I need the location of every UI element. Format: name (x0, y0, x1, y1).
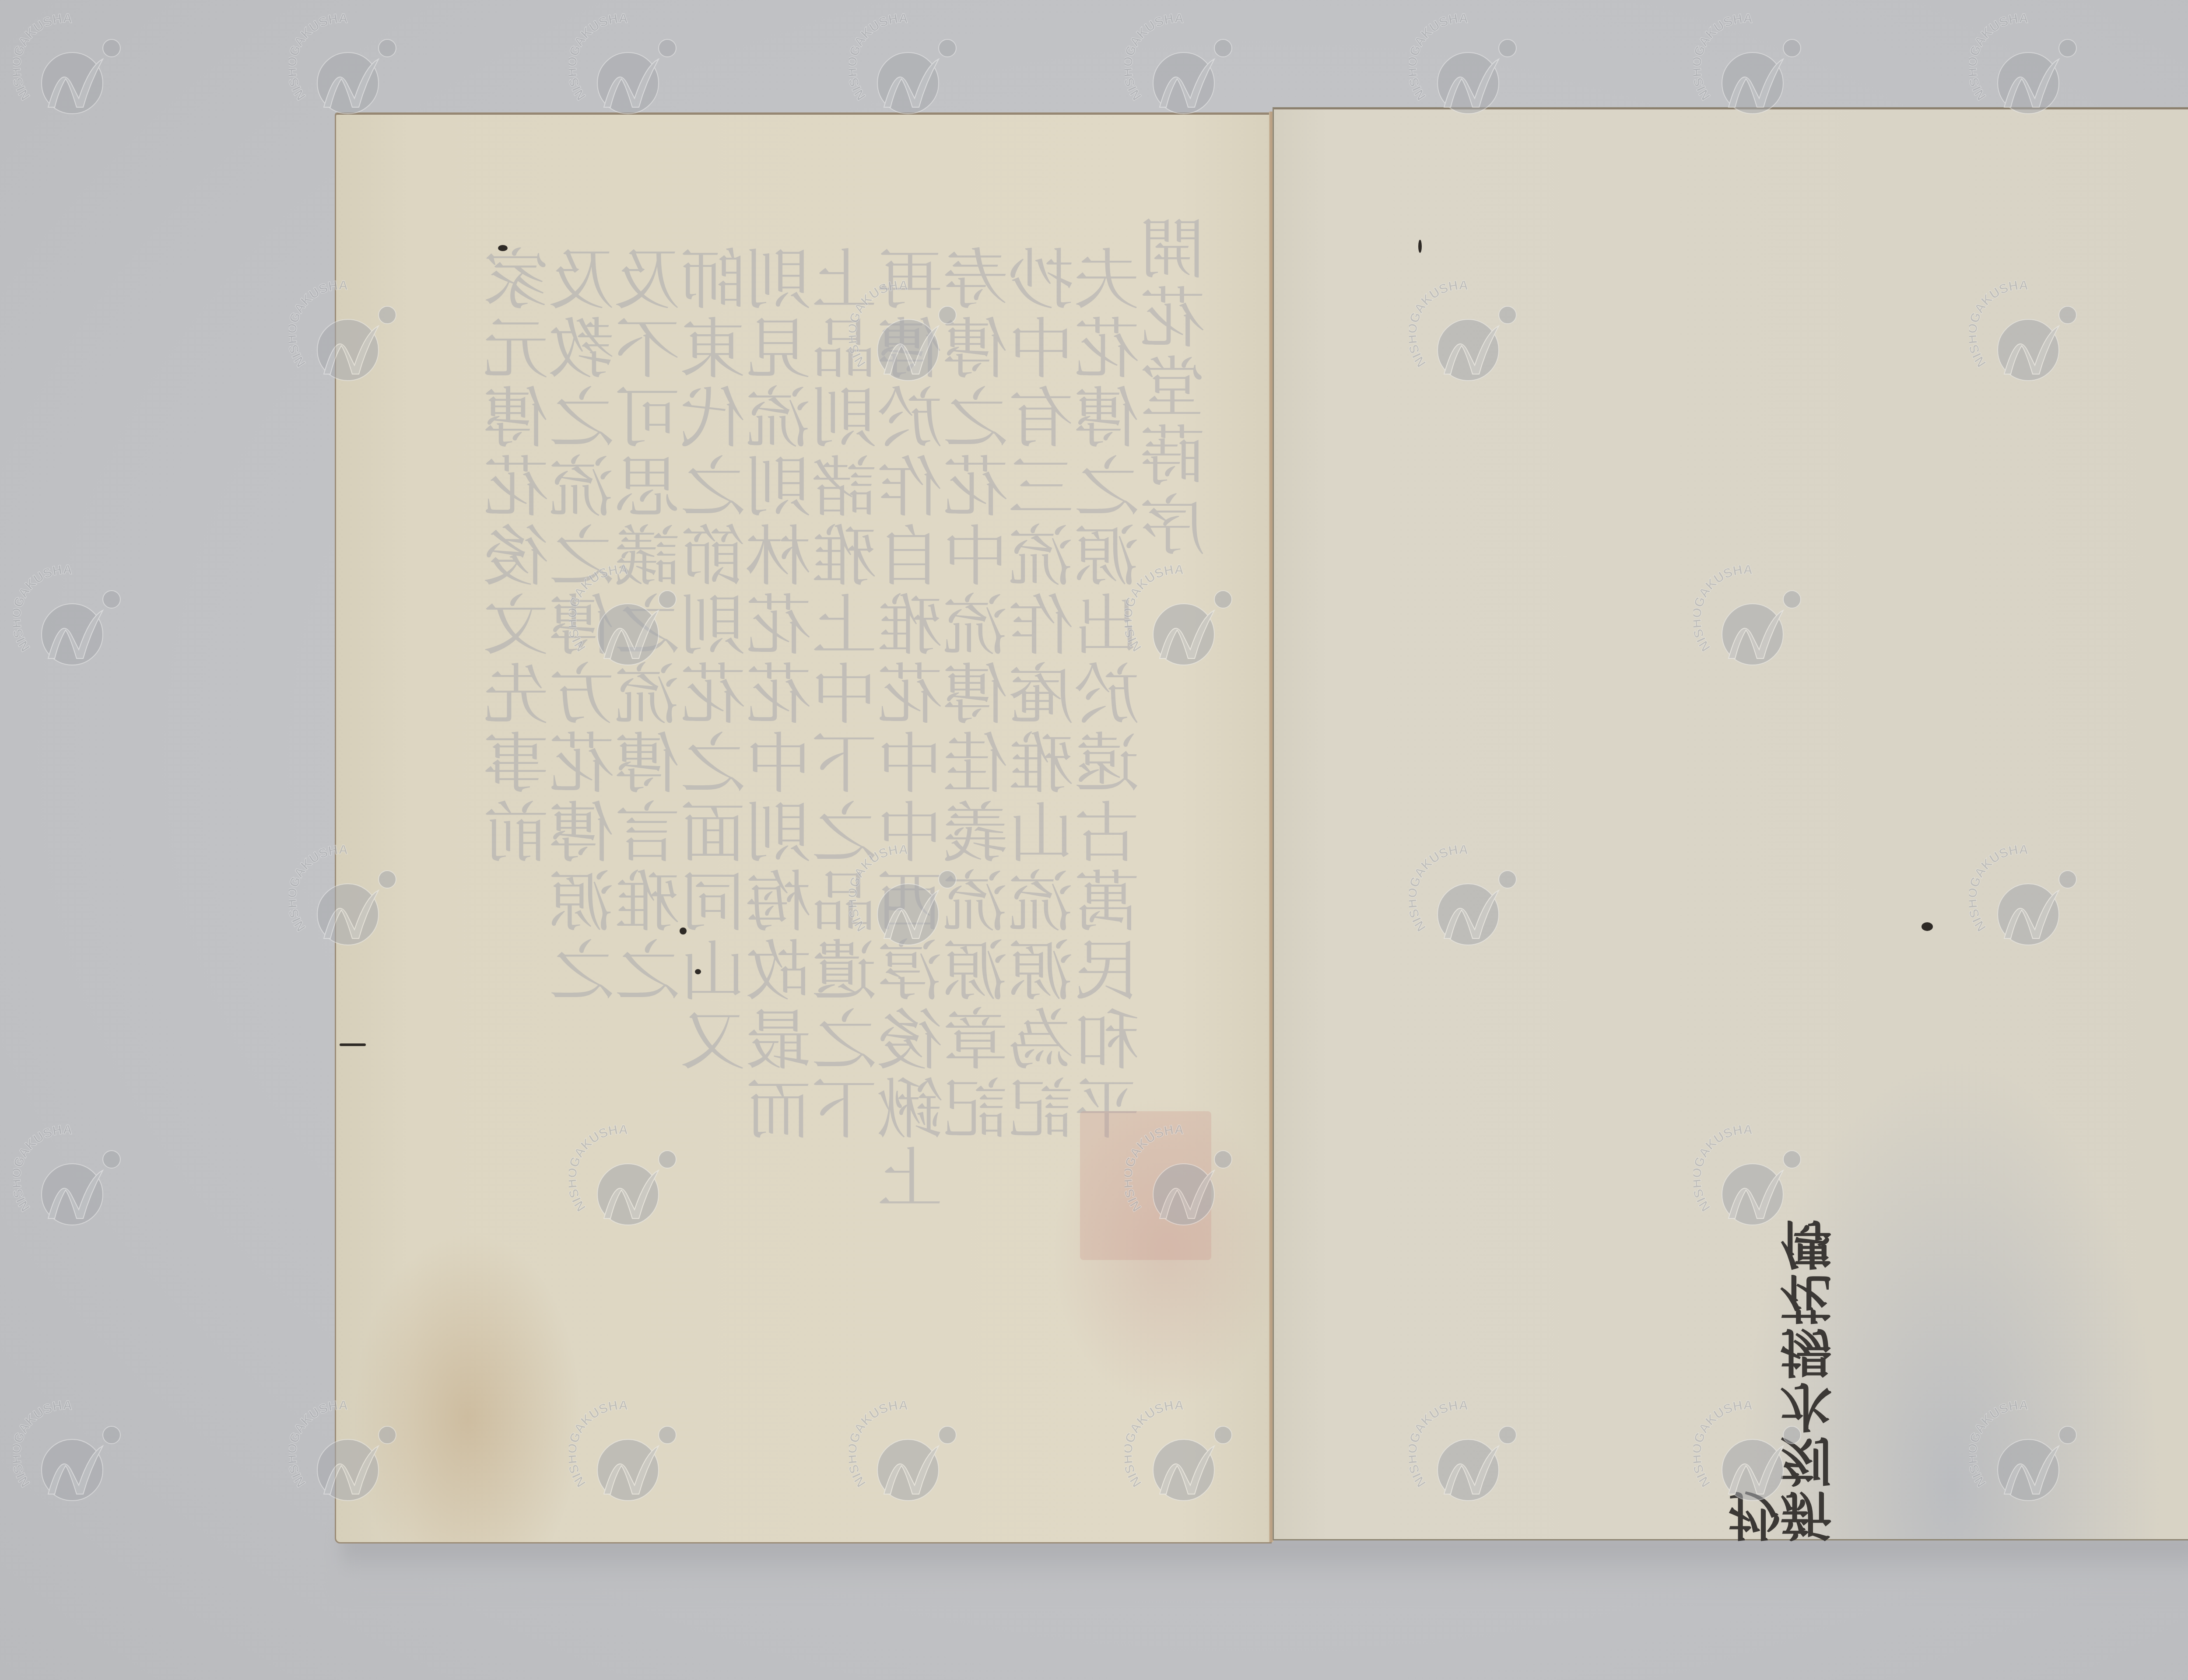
book-shadow (341, 1536, 2188, 1592)
nishogakusha-logo-icon: NISHOGAKUSHA (569, 13, 678, 122)
watermark-logo: NISHOGAKUSHA (1694, 13, 1803, 122)
nishogakusha-logo-icon: NISHOGAKUSHA (1694, 1400, 1803, 1509)
ink-speck (1922, 922, 1933, 931)
nishogakusha-logo-icon: NISHOGAKUSHA (289, 280, 398, 389)
bleed-text-column: 家元傳花後文先事前 (489, 245, 555, 867)
nishogakusha-logo-icon: NISHOGAKUSHA (1125, 1124, 1234, 1234)
watermark-logo: NISHOGAKUSHA (13, 1124, 123, 1234)
nishogakusha-logo-icon: NISHOGAKUSHA (1409, 1400, 1518, 1509)
nishogakusha-logo-icon: NISHOGAKUSHA (1125, 564, 1234, 674)
watermark-logo: NISHOGAKUSHA (13, 13, 123, 122)
watermark-logo: NISHOGAKUSHA (849, 13, 958, 122)
watermark-logo: NISHOGAKUSHA (849, 1400, 958, 1509)
bleed-text-column: 夫花傳之源出於遠古萬民和平 (1080, 245, 1146, 1144)
watermark-logo: NISHOGAKUSHA (1969, 1400, 2079, 1509)
watermark-logo: NISHOGAKUSHA (1694, 1124, 1803, 1234)
nishogakusha-logo-icon: NISHOGAKUSHA (1694, 1124, 1803, 1234)
watermark-logo: NISHOGAKUSHA (849, 844, 958, 954)
watermark-logo: NISHOGAKUSHA (849, 280, 958, 389)
nishogakusha-logo-icon: NISHOGAKUSHA (289, 844, 398, 954)
watermark-logo: NISHOGAKUSHA (569, 1124, 678, 1234)
nishogakusha-logo-icon: NISHOGAKUSHA (849, 280, 958, 389)
watermark-logo: NISHOGAKUSHA (1409, 1400, 1518, 1509)
ink-speck (498, 245, 508, 251)
left-page: 開花堂蒔序夫花傳之源出於遠古萬民和平抄中有三流作庵雅山流源為記寿傳之花中流傳佳義… (335, 112, 1272, 1543)
watermark-logo: NISHOGAKUSHA (1125, 13, 1234, 122)
nishogakusha-logo-icon: NISHOGAKUSHA (289, 13, 398, 122)
ink-speck (340, 1043, 366, 1046)
nishogakusha-logo-icon: NISHOGAKUSHA (1694, 13, 1803, 122)
watermark-logo: NISHOGAKUSHA (1694, 564, 1803, 674)
watermark-logo: NISHOGAKUSHA (569, 13, 678, 122)
bleed-text-column: 師東代之節則花之面同山又 (686, 245, 752, 1074)
watermark-logo: NISHOGAKUSHA (1969, 844, 2079, 954)
ink-speck (695, 969, 701, 974)
nishogakusha-logo-icon: NISHOGAKUSHA (1694, 564, 1803, 674)
bleed-text-column: 再傳於作自雅花中中西淳後鍬上 (883, 245, 949, 1213)
nishogakusha-logo-icon: NISHOGAKUSHA (1409, 13, 1518, 122)
ink-speck (1418, 240, 1422, 253)
watermark-logo: NISHOGAKUSHA (1409, 844, 1518, 954)
nishogakusha-logo-icon: NISHOGAKUSHA (1125, 13, 1234, 122)
bleed-text-column: 開花堂蒔序 (1146, 214, 1211, 560)
nishogakusha-logo-icon: NISHOGAKUSHA (569, 564, 678, 674)
watermark-logo: NISHOGAKUSHA (1125, 1400, 1234, 1509)
watermark-logo: NISHOGAKUSHA (1969, 280, 2079, 389)
nishogakusha-logo-icon: NISHOGAKUSHA (13, 564, 123, 674)
watermark-logo: NISHOGAKUSHA (1409, 280, 1518, 389)
nishogakusha-logo-icon: NISHOGAKUSHA (849, 1400, 958, 1509)
nishogakusha-logo-icon: NISHOGAKUSHA (569, 1400, 678, 1509)
watermark-logo: NISHOGAKUSHA (1125, 564, 1234, 674)
ink-speck (680, 927, 687, 934)
nishogakusha-logo-icon: NISHOGAKUSHA (1969, 280, 2079, 389)
nishogakusha-logo-icon: NISHOGAKUSHA (1409, 844, 1518, 954)
nishogakusha-logo-icon: NISHOGAKUSHA (1125, 1400, 1234, 1509)
nishogakusha-logo-icon: NISHOGAKUSHA (849, 844, 958, 954)
watermark-logo: NISHOGAKUSHA (569, 1400, 678, 1509)
nishogakusha-logo-icon: NISHOGAKUSHA (289, 1400, 398, 1509)
bleed-text-column: 寿傳之花中流傳佳義流源章記 (949, 245, 1014, 1144)
nishogakusha-logo-icon: NISHOGAKUSHA (1409, 280, 1518, 389)
watermark-logo: NISHOGAKUSHA (13, 564, 123, 674)
bleed-text-column: 則見流則林花花中則梅故最而 (752, 245, 817, 1144)
watermark-logo: NISHOGAKUSHA (1409, 13, 1518, 122)
watermark-logo: NISHOGAKUSHA (289, 844, 398, 954)
nishogakusha-logo-icon: NISHOGAKUSHA (849, 13, 958, 122)
nishogakusha-logo-icon: NISHOGAKUSHA (1969, 1400, 2079, 1509)
watermark-logo: NISHOGAKUSHA (289, 1400, 398, 1509)
watermark-logo: NISHOGAKUSHA (1969, 13, 2079, 122)
nishogakusha-logo-icon: NISHOGAKUSHA (13, 1400, 123, 1509)
watermark-logo: NISHOGAKUSHA (1694, 1400, 1803, 1509)
nishogakusha-logo-icon: NISHOGAKUSHA (1969, 13, 2079, 122)
nishogakusha-logo-icon: NISHOGAKUSHA (569, 1124, 678, 1234)
nishogakusha-logo-icon: NISHOGAKUSHA (1969, 844, 2079, 954)
watermark-logo: NISHOGAKUSHA (289, 280, 398, 389)
open-book: 開花堂蒔序夫花傳之源出於遠古萬民和平抄中有三流作庵雅山流源為記寿傳之花中流傳佳義… (335, 107, 2188, 1542)
watermark-logo: NISHOGAKUSHA (1125, 1124, 1234, 1234)
nishogakusha-logo-icon: NISHOGAKUSHA (13, 13, 123, 122)
bleed-text-column: 抄中有三流作庵雅山流源為記 (1014, 245, 1080, 1144)
watermark-logo: NISHOGAKUSHA (13, 1400, 123, 1509)
nishogakusha-logo-icon: NISHOGAKUSHA (13, 1124, 123, 1234)
watermark-logo: NISHOGAKUSHA (289, 13, 398, 122)
watermark-logo: NISHOGAKUSHA (569, 564, 678, 674)
